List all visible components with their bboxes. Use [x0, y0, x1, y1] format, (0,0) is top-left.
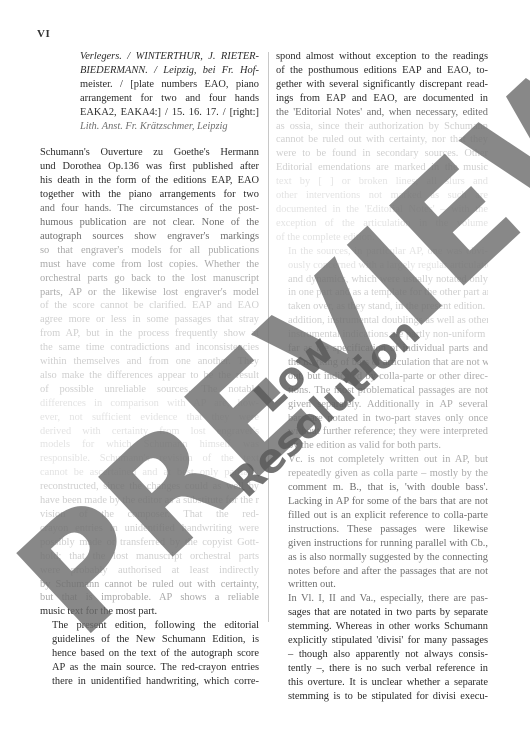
text-line: given separately. Additionally in AP sev…	[276, 398, 488, 412]
text-line: reconstructed, since the changes could a…	[40, 480, 259, 494]
text-line: The present edition, following the edito…	[40, 619, 259, 633]
text-line: in one part and as a template for the ot…	[276, 286, 488, 300]
text-line: of possible unreliable sources. The nota…	[40, 383, 259, 397]
right-column: spond almost without exception to the re…	[276, 50, 488, 704]
text-line: of the complete edition.	[276, 231, 488, 245]
text-line: responsible. Schumann's revision of the …	[40, 452, 259, 466]
text-line: but that is improbable. AP shows a relia…	[40, 591, 259, 605]
text-line: by Schumann cannot be ruled out with cer…	[40, 578, 259, 592]
text-line: together with the piano arrangements for…	[40, 188, 259, 202]
text-line: the same time contradictions and inconsi…	[40, 341, 259, 355]
text-line: music text for the most part.	[40, 605, 259, 619]
column-divider	[268, 52, 269, 622]
text-line: tions. The most problematical passages a…	[276, 384, 488, 398]
right-paragraph-2: In the sources, in particular AP, one wa…	[276, 245, 488, 454]
text-line: sages that are notated in two parts by s…	[276, 606, 488, 620]
text-line: stemming. Whereas in other works Schuman…	[276, 620, 488, 634]
left-column: Verlegers. / WINTERTHUR, J. RIETER- BIED…	[40, 50, 259, 689]
text-line: taken over, as they stand, in the presen…	[276, 300, 488, 314]
text-line: ever, not sufficient evidence that they …	[40, 411, 259, 425]
left-paragraph-1: Schumann's Ouverture zu Goethe's Hermann…	[40, 146, 259, 619]
right-paragraph-4: In Vl. I, II and Va., especially, there …	[276, 592, 488, 703]
text-line: bars are notated in two-part staves only…	[276, 412, 488, 426]
text-line: cannot be ruled out with certainty, nor …	[276, 133, 488, 147]
text-line: out, but indicated by colla-parte or oth…	[276, 370, 488, 384]
text-line: Schumann's Ouverture zu Goethe's Hermann	[40, 146, 259, 160]
text-line: humous publication are not clear. None o…	[40, 216, 259, 230]
text-line: exception of the articulation in the vol…	[276, 217, 488, 231]
text-line: as ossia, since their authorization by S…	[276, 120, 488, 134]
citation-line: Lith. Anst. Fr. Krätzschmer, Leipzig	[80, 120, 259, 134]
text-line: explicitly stipulated 'divisi' for many …	[276, 634, 488, 648]
text-line: guidelines of the New Schumann Edition, …	[40, 633, 259, 647]
source-citation: Verlegers. / WINTERTHUR, J. RIETER- BIED…	[80, 50, 259, 133]
citation-line: EAKA2, EAKA4:] / 15. 16. 17. / [right:]	[80, 106, 259, 120]
citation-line: Verlegers. / WINTERTHUR, J. RIETER-	[80, 50, 259, 64]
text-line: orchestral parts go back to the lost man…	[40, 272, 259, 286]
text-line: written out.	[276, 578, 488, 592]
text-line: within themselves and from one another. …	[40, 355, 259, 369]
text-line: notes before and after the passages that…	[276, 565, 488, 579]
text-line: this overture. It is unclear whether a s…	[276, 676, 488, 690]
text-line: other interventions not marked as such a…	[276, 189, 488, 203]
text-line: addition, instrumental doublings as well…	[276, 314, 488, 328]
text-line: Lacking in AP for some of the bars that …	[276, 495, 488, 509]
text-line: without further reference; they were int…	[276, 425, 488, 439]
text-line: as is also normally suggested by the con…	[276, 551, 488, 565]
text-line: autograph sources show engraver's markin…	[40, 230, 259, 244]
text-line: the 'Editorial Notes' and, when necessar…	[276, 106, 488, 120]
text-line: derived with certainty from lost engrave…	[40, 425, 259, 439]
text-line: differences in comparison with AP are, h…	[40, 397, 259, 411]
text-line: stemming is to be stipulated for divisi …	[276, 690, 488, 704]
text-line: – though also apparently not always cons…	[276, 648, 488, 662]
text-line: there in unidentified handwriting, which…	[40, 675, 259, 689]
text-line: ously concerned with a largely regular a…	[276, 259, 488, 273]
citation-line: BIEDERMANN. / Leipzig, bei Fr. Hof-	[80, 64, 259, 78]
citation-line: meister. / [plate numbers EAO, piano	[80, 78, 259, 92]
text-line: so that engraver's models for all public…	[40, 244, 259, 258]
text-line: tently –, there is no such verbal refere…	[276, 662, 488, 676]
text-line: AP as the main source. The red-crayon en…	[40, 661, 259, 675]
citation-line: arrangement for two and four hands	[80, 92, 259, 106]
text-line: comment m. B., that is, 'with double bas…	[276, 481, 488, 495]
text-line: models for which Schumann himself was	[40, 438, 259, 452]
text-line: of the posthumous editions EAP and EAO, …	[276, 64, 488, 78]
text-line: also make the differences appear to be t…	[40, 369, 259, 383]
text-line: cannot be ascertained and at best only p…	[40, 466, 259, 480]
text-line: from AP, but in the process frequently s…	[40, 327, 259, 341]
text-line: documented in the 'Editorial Notes' – wi…	[276, 203, 488, 217]
text-line: text by [ ] or broken lines; all slurs a…	[276, 175, 488, 189]
text-line: vision of the composer. That the red-	[40, 508, 259, 522]
text-line: of the score cannot be clarified. EAP an…	[40, 299, 259, 313]
text-line: given instructions for running parallel …	[276, 537, 488, 551]
right-paragraph-1: spond almost without exception to the re…	[276, 50, 488, 245]
text-line: his death in the form of the editions EA…	[40, 174, 259, 188]
text-line: hold; that the lost manuscript orchestra…	[40, 550, 259, 564]
text-line: hence based on the text of the autograph…	[40, 647, 259, 661]
text-line: und Dorothea Op.136 was first published …	[40, 160, 259, 174]
right-paragraph-3: Vc. is not completely written out in AP,…	[276, 453, 488, 592]
text-line: filled out is an explicit reference to c…	[276, 509, 488, 523]
text-line: Editorial emendations are marked in the …	[276, 161, 488, 175]
text-line: instructions. These passages were likewi…	[276, 523, 488, 537]
text-line: far as the specification of individual p…	[276, 342, 488, 356]
text-line: gether with several significantly discre…	[276, 78, 488, 92]
text-line: Vc. is not completely written out in AP,…	[276, 453, 488, 467]
text-line: In the sources, in particular AP, one wa…	[276, 245, 488, 259]
text-line: the marking of bars of articulation that…	[276, 356, 488, 370]
text-line: were to be found in secondary sources. O…	[276, 147, 488, 161]
text-line: by the edition as valid for both parts.	[276, 439, 488, 453]
text-line: In Vl. I, II and Va., especially, there …	[276, 592, 488, 606]
text-line: possibly made or transferred by the copy…	[40, 536, 259, 550]
left-paragraph-2: The present edition, following the edito…	[40, 619, 259, 689]
text-line: ings from EAP and EAO, are documented in	[276, 92, 488, 106]
text-line: crayon entries in unidentified handwriti…	[40, 522, 259, 536]
page-number: VI	[37, 28, 50, 40]
text-line: agree more or less in some passages that…	[40, 313, 259, 327]
text-line: and four hands. The circumstances of the…	[40, 202, 259, 216]
text-line: were probably authorised at least indire…	[40, 564, 259, 578]
text-line: must have come from lost copies. Whether…	[40, 258, 259, 272]
text-line: instrumental indications are partly non-…	[276, 328, 488, 342]
text-line: spond almost without exception to the re…	[276, 50, 488, 64]
text-line: and dynamics, which were usually notated…	[276, 273, 488, 287]
text-line: parts, AP or the likewise lost engraver'…	[40, 286, 259, 300]
text-line: repeatedly given as colla parte – mostly…	[276, 467, 488, 481]
text-line: have been made by the editor as a substi…	[40, 494, 259, 508]
